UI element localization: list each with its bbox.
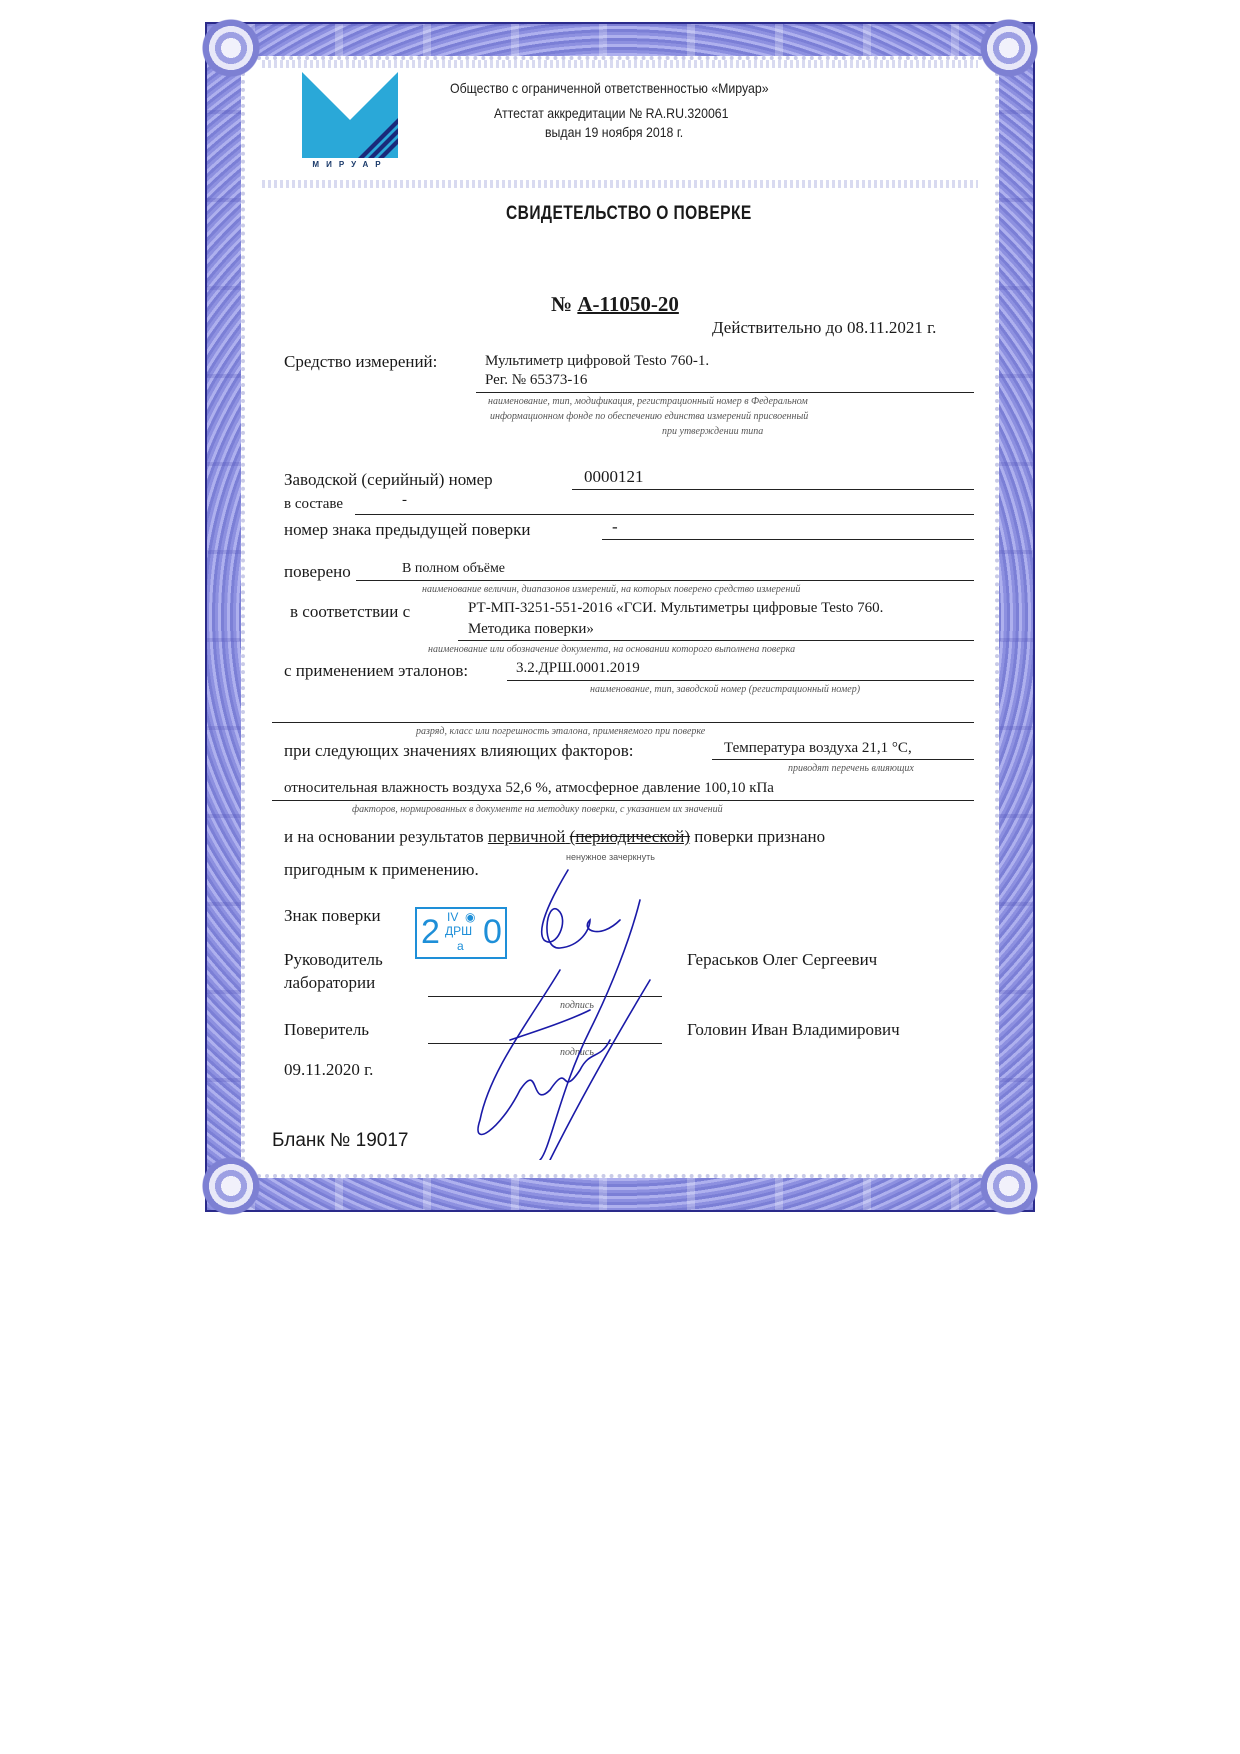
conclusion-suffix: поверки признано	[694, 827, 825, 846]
instrument-label: Средство измерений:	[284, 352, 437, 372]
blank-number: Бланк № 19017	[272, 1130, 409, 1152]
verified-value: В полном объёме	[402, 561, 505, 577]
conclusion-result: пригодным к применению.	[284, 860, 479, 880]
underline	[272, 800, 974, 801]
underline	[272, 722, 974, 723]
stamp-letter: а	[457, 939, 464, 953]
accordance-document: РТ-МП-3251-551-2016 «ГСИ. Мультиметры ци…	[468, 600, 883, 617]
verification-type-primary: первичной	[488, 827, 566, 846]
composition-value: -	[402, 492, 407, 509]
prev-mark-value: -	[612, 517, 618, 537]
decorative-band	[262, 60, 978, 68]
certificate-number: № А-11050-20	[551, 292, 679, 317]
standards-hint: наименование, тип, заводской номер (реги…	[590, 684, 860, 695]
factors-hint: приводят перечень влияющих	[788, 763, 914, 774]
ornament-corner-icon	[979, 1156, 1039, 1216]
strike-hint: ненужное зачеркнуть	[566, 852, 655, 862]
verified-hint: наименование величин, диапазонов измерен…	[422, 584, 800, 595]
instrument-hint: наименование, тип, модификация, регистра…	[488, 396, 808, 407]
underline	[356, 580, 974, 581]
factors-hint: факторов, нормированных в документе на м…	[352, 804, 723, 815]
standards-label: с применением эталонов:	[284, 661, 468, 681]
number-prefix: №	[551, 292, 572, 316]
head-label: Руководитель	[284, 950, 383, 970]
serial-value: 0000121	[584, 467, 644, 487]
underline	[476, 392, 974, 393]
head-label-cont: лаборатории	[284, 973, 375, 993]
head-name: Гераськов Олег Сергеевич	[687, 950, 877, 970]
sign-hint: подпись	[560, 1047, 594, 1058]
document-title: СВИДЕТЕЛЬСТВО О ПОВЕРКЕ	[506, 203, 752, 225]
factors-temperature: Температура воздуха 21,1 °С,	[724, 740, 912, 757]
stamp-code: ДРШ	[445, 924, 472, 938]
verifier-name: Головин Иван Владимирович	[687, 1020, 900, 1040]
underline	[458, 640, 974, 641]
underline	[712, 759, 974, 760]
stamp-quarter: IV	[447, 910, 458, 924]
signature-line	[428, 1043, 662, 1044]
factors-humidity-pressure: относительная влажность воздуха 52,6 %, …	[284, 780, 774, 797]
stamp-label: Знак поверки	[284, 906, 381, 926]
verification-stamp: 2 IV ◉ ДРШ а 0	[415, 907, 507, 959]
verification-date: 09.11.2020 г.	[284, 1060, 373, 1080]
signature-line	[428, 996, 662, 997]
accordance-label: в соответствии с	[290, 602, 410, 622]
underline	[507, 680, 974, 681]
accordance-hint: наименование или обозначение документа, …	[428, 644, 795, 655]
stamp-digit-left: 2	[421, 913, 440, 952]
ornament-corner-icon	[201, 1156, 261, 1216]
stamp-digit-right: 0	[483, 913, 502, 952]
instrument-hint: при утверждении типа	[662, 426, 763, 437]
number-value: А-11050-20	[577, 292, 679, 316]
prev-mark-label: номер знака предыдущей поверки	[284, 520, 531, 540]
conclusion-line: и на основании результатов первичной (пе…	[284, 827, 825, 847]
composition-label: в составе	[284, 496, 343, 513]
conclusion-prefix: и на основании результатов	[284, 827, 484, 846]
serial-label: Заводской (серийный) номер	[284, 470, 493, 490]
logo-wordmark: МИРУАР	[302, 160, 398, 169]
underline	[602, 539, 974, 540]
accreditation-issued: выдан 19 ноября 2018 г.	[545, 124, 683, 140]
decorative-band	[262, 180, 978, 188]
standards-class-hint: разряд, класс или погрешность эталона, п…	[416, 726, 705, 737]
valid-until: Действительно до 08.11.2021 г.	[712, 318, 936, 338]
sign-hint: подпись	[560, 1000, 594, 1011]
verified-label: поверено	[284, 562, 351, 582]
ornament-corner-icon	[979, 18, 1039, 78]
accordance-document-cont: Методика поверки»	[468, 621, 594, 638]
miruar-logo-icon	[302, 72, 398, 172]
underline	[355, 514, 974, 515]
standards-value: 3.2.ДРШ.0001.2019	[516, 660, 640, 677]
underline	[572, 489, 974, 490]
ornament-corner-icon	[201, 18, 261, 78]
verification-type-periodic: (периодической)	[565, 827, 690, 846]
factors-label: при следующих значениях влияющих факторо…	[284, 741, 634, 761]
accreditation-number: Аттестат аккредитации № RA.RU.320061	[494, 105, 729, 121]
instrument-name: Мультиметр цифровой Testo 760-1.	[485, 353, 709, 370]
instrument-hint: информационном фонде по обеспечению един…	[490, 411, 808, 422]
verifier-label: Поверитель	[284, 1020, 369, 1040]
organization-name: Общество с ограниченной ответственностью…	[450, 80, 769, 96]
stamp-logo-icon: ◉	[465, 910, 475, 924]
instrument-reg-number: Рег. № 65373-16	[485, 372, 587, 389]
